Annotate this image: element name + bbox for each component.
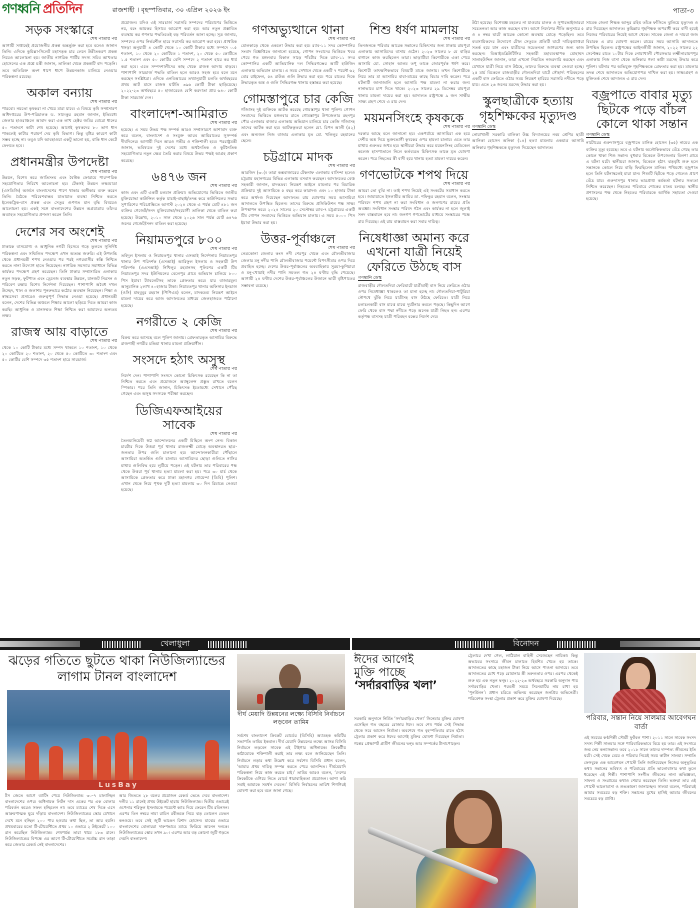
byline: গণধ্বনি ডেস্ক: [586, 132, 698, 139]
article-headline[interactable]: বজ্রপাতে বাবার মৃত্যু ছিটকে পড়ে বাঁচল ক…: [586, 85, 698, 131]
dress-shape: [612, 689, 666, 713]
section-bar-stripes: [455, 641, 495, 648]
entertainment-section-title[interactable]: বিনোদন: [505, 638, 547, 651]
logo-part-green: গণধ্বনি: [2, 0, 40, 21]
news-article: প্রয়োজন। যদিও এই সারচার্জ সরাসরি সম্পদে…: [121, 20, 237, 101]
article-headline[interactable]: রাজস্ব আয় বাড়াতে: [2, 322, 117, 339]
column-5: উঠা হয়েছে। বিশেষজ্ঞ মহলের না যাওয়ার চা…: [472, 20, 584, 638]
article-headline[interactable]: ডিজিএফআইয়ের সাবেক: [121, 401, 237, 433]
article-body: নেত্রকোনা জেলার কংস নদী শেরপুর থেকে এবং …: [241, 251, 355, 288]
headline-line-3: ‘সর্দারবাড়ির খলা’: [354, 679, 464, 692]
article-headline[interactable]: নিষেধাজ্ঞা অমান্য করে এখনো যাত্রী নিয়েই…: [358, 228, 470, 274]
news-article: নিয়ামতপুরে ৮০০শেষ পাতার পরতহিদুল ইসলাম …: [121, 230, 237, 309]
news-article: দেশের সব অংশেইশেষ পাতার পরঢাকাকে বাসযোগ্…: [2, 222, 117, 319]
article-headline[interactable]: গণঅভ্যুত্থানে থানা: [241, 20, 355, 37]
column-3: গণঅভ্যুত্থানে থানাশেষ পাতার পরমোলকাড়ে থ…: [241, 20, 355, 638]
article-body: প্রয়োজন। যদিও এই সারচার্জ সরাসরি সম্পদে…: [121, 20, 237, 101]
news-article: ডিজিএফআইয়ের সাবেকশেষ পাতার পরতৈলম্যনিয়…: [121, 401, 237, 494]
article-body: রাজবাড়ীর দৌলতদিয়া ফেরিঘাটে যাত্রীবাহী …: [358, 283, 470, 320]
article-body: নির্দেশ দেন। পাশাপাশি সংসদে কোনো চিকিৎসক…: [121, 373, 237, 398]
article-body: গাঁজাসহ দুই ব্যক্তিকে আটক করেছে গোমস্তাপ…: [241, 107, 355, 144]
body-shape: [265, 688, 317, 710]
movie-article-text-1: সরকারি অনুদানে নির্মিত ‘সর্দারবাড়ির খেল…: [354, 716, 464, 778]
article-headline[interactable]: চট্টগ্রামে মাদক: [241, 147, 355, 164]
column-1: সড়ক সংস্কারেশেষ পাতার পরআগামী সপ্তাহেই …: [2, 20, 117, 638]
article-headline[interactable]: নিয়ামতপুরে ৮০০: [121, 230, 237, 247]
news-article: বাংলাদেশ-আমিরাতশেষ পাতার পরহয়েছে। এ সময…: [121, 104, 237, 164]
article-body: দরকার আছে বলে জানানো হয়। একপর্যায়ে আসা…: [358, 131, 470, 162]
sports-article-text-1: টস জেতে আগে ব্যাটিং পেয়ে নিউজিল্যান্ড ৩…: [5, 793, 115, 908]
news-article: নগরীতে ২ কেজিশেষ পাতার পরবিক্রয় করে আসছ…: [121, 312, 237, 347]
salma-headline[interactable]: পরিবার, সন্তান নিয়ে সালমার আবেগঘন বার্ত…: [584, 714, 698, 732]
article-body: নাটোরের গুরুদাসপুরে বজ্রপাতে মানিক হোসেন…: [586, 140, 698, 202]
tamim-headline[interactable]: দীর্ঘ মেয়াদি উন্নয়নের লক্ষ্যে বিসিবি ন…: [236, 711, 346, 727]
news-article: উঠা হয়েছে। বিশেষজ্ঞ মহলের না যাওয়ার চা…: [472, 20, 584, 88]
masthead: গণধ্বনি প্রতিদিন রাজশাহী । বৃহস্পতিবার, …: [0, 0, 700, 20]
article-headline[interactable]: গোমস্তাপুরে চার কেজি: [241, 89, 355, 106]
article-headline[interactable]: ময়মনসিংহে কৃষককে: [358, 108, 470, 125]
player-figure: [133, 736, 147, 782]
news-article: ৬৪৭৬ জনশেষ পাতার পরকাজ এবং এটি একটি চলমা…: [121, 167, 237, 227]
player-figure: [115, 732, 129, 782]
player-figure: [79, 738, 93, 782]
news-article: সড়ক সংস্কারেশেষ পাতার পরআগামী সপ্তাহেই …: [2, 20, 117, 80]
news-article: ময়মনসিংহে কৃষককেশেষ পাতার পরদরকার আছে ব…: [358, 108, 470, 162]
article-headline[interactable]: দেশের সব অংশেই: [2, 222, 117, 239]
article-headline[interactable]: সংসদে হঠাৎ অসুস্থ: [121, 350, 237, 367]
article-body: তহিদুল ইসলাম ও নিয়ামতপুর থানার এসআই নির…: [121, 253, 237, 309]
article-body: উঠা হয়েছে। বিশেষজ্ঞ মহলের না যাওয়ার চা…: [472, 20, 584, 88]
news-grid: সড়ক সংস্কারেশেষ পাতার পরআগামী সপ্তাহেই …: [0, 20, 700, 638]
article-body: উন্নয়ন, বিশেষ করে জাতিসংঘ এবং বৈশ্বিক ফ…: [2, 175, 117, 219]
article-headline[interactable]: প্রধানমন্ত্রীর উপদেষ্টা: [2, 152, 117, 169]
news-article: নিষেধাজ্ঞা অমান্য করে এখনো যাত্রী নিয়েই…: [358, 228, 470, 320]
salma-article-text: এই সময়ের কণ্ঠশিল্পী সৌম্যী ফুটবল পাশা। …: [584, 735, 696, 908]
tamim-article-text: সর্বশেষ বাংলাদেশ ক্রিকেট বোর্ডের (বিসিবি…: [237, 733, 346, 908]
article-body: হয়েছে। এ সময় উভয় পক্ষ সম্পর্ক আরও সম্…: [121, 127, 237, 164]
movie-still-photo: [354, 778, 578, 908]
article-body: সাবেক জেলা শিক্ষক আব্দুর রহিম তাঁকে ফাঁস…: [586, 20, 698, 82]
salma-photo: [584, 653, 696, 713]
article-body: ঢাকাকে বাসযোগ্য ও আধুনিক নগরী হিসেবে গড়…: [2, 244, 117, 319]
article-body: পারবো। নয়তো কৃষকরা না খেয়ে মারা যাবে। …: [2, 106, 117, 150]
face-shape: [454, 798, 492, 844]
column-6: সাবেক জেলা শিক্ষক আব্দুর রহিম তাঁকে ফাঁস…: [586, 20, 698, 638]
article-headline[interactable]: সড়ক সংস্কারে: [2, 20, 117, 37]
column-4: শিশু ধর্ষণ মামলায়শেষ পাতার পরতিনজনকে পর…: [358, 20, 470, 638]
article-headline[interactable]: অকাল বন্যায়: [2, 83, 117, 100]
news-article: গণঅভ্যুত্থানে থানাশেষ পাতার পরমোলকাড়ে থ…: [241, 20, 355, 86]
microphone-icon: [257, 694, 263, 704]
news-article: গোমস্তাপুরে চার কেজিগাঁজাসহ দুই ব্যক্তিক…: [241, 89, 355, 144]
page-number: পাতা-৩: [673, 5, 694, 17]
news-article: গণভোটকে শপথ দিয়েশেষ পাতার পরআমরা তো বুঝ…: [358, 165, 470, 225]
column-2: প্রয়োজন। যদিও এই সারচার্জ সরাসরি সম্পদে…: [121, 20, 237, 638]
news-article: প্রধানমন্ত্রীর উপদেষ্টাশেষ পাতার পরউন্নয…: [2, 152, 117, 218]
section-bar-stripes: [557, 641, 597, 648]
article-headline[interactable]: নগরীতে ২ কেজি: [121, 312, 237, 329]
article-body: বিক্রয় করে আসছে বলে পুলিশ জানায়। গ্রেফ…: [121, 335, 237, 347]
player-figure: [25, 742, 39, 782]
movie-article-text-2: ট্রেলারে দেখা গেল, লাঠিয়াল বাহিনী সেজেছ…: [468, 653, 578, 777]
sports-main-headline[interactable]: ঝড়ের গতিতে ছুটতে থাকা নিউজিল্যান্ডের লা…: [4, 654, 230, 687]
article-body: নোয়াখালী সরকারি বালিকা উচ্চ বিদ্যালয়ের…: [472, 132, 584, 151]
section-bar-gradient: [620, 641, 700, 647]
microphone-icon: [317, 694, 323, 704]
article-headline[interactable]: স্কুলছাত্রীকে হত্যায় গৃহশিক্ষকের মৃত্যু…: [472, 91, 584, 123]
news-article: অকাল বন্যায়শেষ পাতার পরপারবো। নয়তো কৃষ…: [2, 83, 117, 149]
article-body: আগামী সপ্তাহেই প্রয়োজনীয় প্রকল্প অন্তর…: [2, 43, 117, 80]
article-body: তৈলম্যনিয়েবী স্বপ্ন আন্দোলনের একটি মিছি…: [121, 438, 237, 494]
entertainment-main-headline[interactable]: ঈদের আগেই মুক্তি পাচ্ছে ‘সর্দারবাড়ির খল…: [354, 653, 464, 693]
article-headline[interactable]: উত্তর-পূর্বাঞ্চলে: [241, 229, 355, 246]
section-bar-stripes: [208, 641, 248, 648]
logo-part-red: প্রতিদিন: [43, 0, 83, 21]
article-body: কাজ এবং এটি একটি চলমান প্রক্রিয়া। অভিযো…: [121, 190, 237, 227]
news-article: স্কুলছাত্রীকে হত্যায় গৃহশিক্ষকের মৃত্যু…: [472, 91, 584, 150]
news-article: উত্তর-পূর্বাঞ্চলেশেষ পাতার পরনেত্রকোনা জ…: [241, 229, 355, 289]
sports-article-text-2: আর জিততে ২৮ বলের প্রয়োজন রেকর্ড ভেঙে দে…: [119, 793, 229, 908]
article-headline[interactable]: গণভোটকে শপথ দিয়ে: [358, 165, 470, 182]
article-body: আরজিদ (৩০)। তারা কক্সবাজারের টেকনাফ এলাক…: [241, 170, 355, 226]
news-article: রাজস্ব আয় বাড়াতেশেষ পাতার পরথেকে ১০ কো…: [2, 322, 117, 363]
byline: গণধ্বনি ডেস্ক: [472, 124, 584, 131]
news-article: সাবেক জেলা শিক্ষক আব্দুর রহিম তাঁকে ফাঁস…: [586, 20, 698, 82]
article-headline[interactable]: ৬৪৭৬ জন: [121, 167, 237, 184]
section-bar-gradient: [0, 641, 80, 647]
face-shape: [626, 663, 650, 691]
article-body: তিনজনকে পরিবার আরেক সন্তানের চিকিৎসার জন…: [358, 43, 470, 105]
entertainment-section-bar: বিনোদন: [352, 638, 700, 650]
dateline: রাজশাহী । বৃহস্পতিবার, ৩০ এপ্রিল ২০২৬ ইং: [112, 5, 229, 16]
player-figure: [49, 746, 63, 782]
article-body: আমরা তো বুঝি না। তাই শপথ নিয়েই এই সংকটে…: [358, 188, 470, 225]
article-body: মোলকাড়ে থেকে একলো উদ্ধার করা হয়। র‍্যা…: [241, 43, 355, 87]
article-body: থেকে ১০ কোটি টাকার মধ্যে সম্পদ থাকলে ১০ …: [2, 345, 117, 364]
news-article: চট্টগ্রামে মাদকশেষ পাতার পরআরজিদ (৩০)। ত…: [241, 147, 355, 226]
news-article: বজ্রপাতে বাবার মৃত্যু ছিটকে পড়ে বাঁচল ক…: [586, 85, 698, 202]
section-bar-stripes: [102, 641, 142, 648]
news-article: শিশু ধর্ষণ মামলায়শেষ পাতার পরতিনজনকে পর…: [358, 20, 470, 105]
player-figure: [205, 740, 219, 782]
stadium-banner: LusBay: [7, 780, 230, 790]
player-figure: [97, 736, 111, 782]
news-article: সংসদে হঠাৎ অসুস্থশেষ পাতার পরনির্দেশ দেন…: [121, 350, 237, 398]
article-headline[interactable]: শিশু ধর্ষণ মামলায়: [358, 20, 470, 37]
newspaper-logo[interactable]: গণধ্বনি প্রতিদিন: [2, 0, 82, 21]
sports-section-title[interactable]: খেলাধুলা: [152, 638, 198, 651]
cricket-team-photo: LusBay: [7, 690, 230, 790]
byline: গণধ্বনি ডেস্ক: [358, 275, 470, 282]
sports-section-bar: খেলাধুলা: [0, 638, 350, 650]
tamim-press-photo: [237, 654, 345, 710]
microphone-icon: [303, 694, 309, 704]
article-headline[interactable]: বাংলাদেশ-আমিরাত: [121, 104, 237, 121]
